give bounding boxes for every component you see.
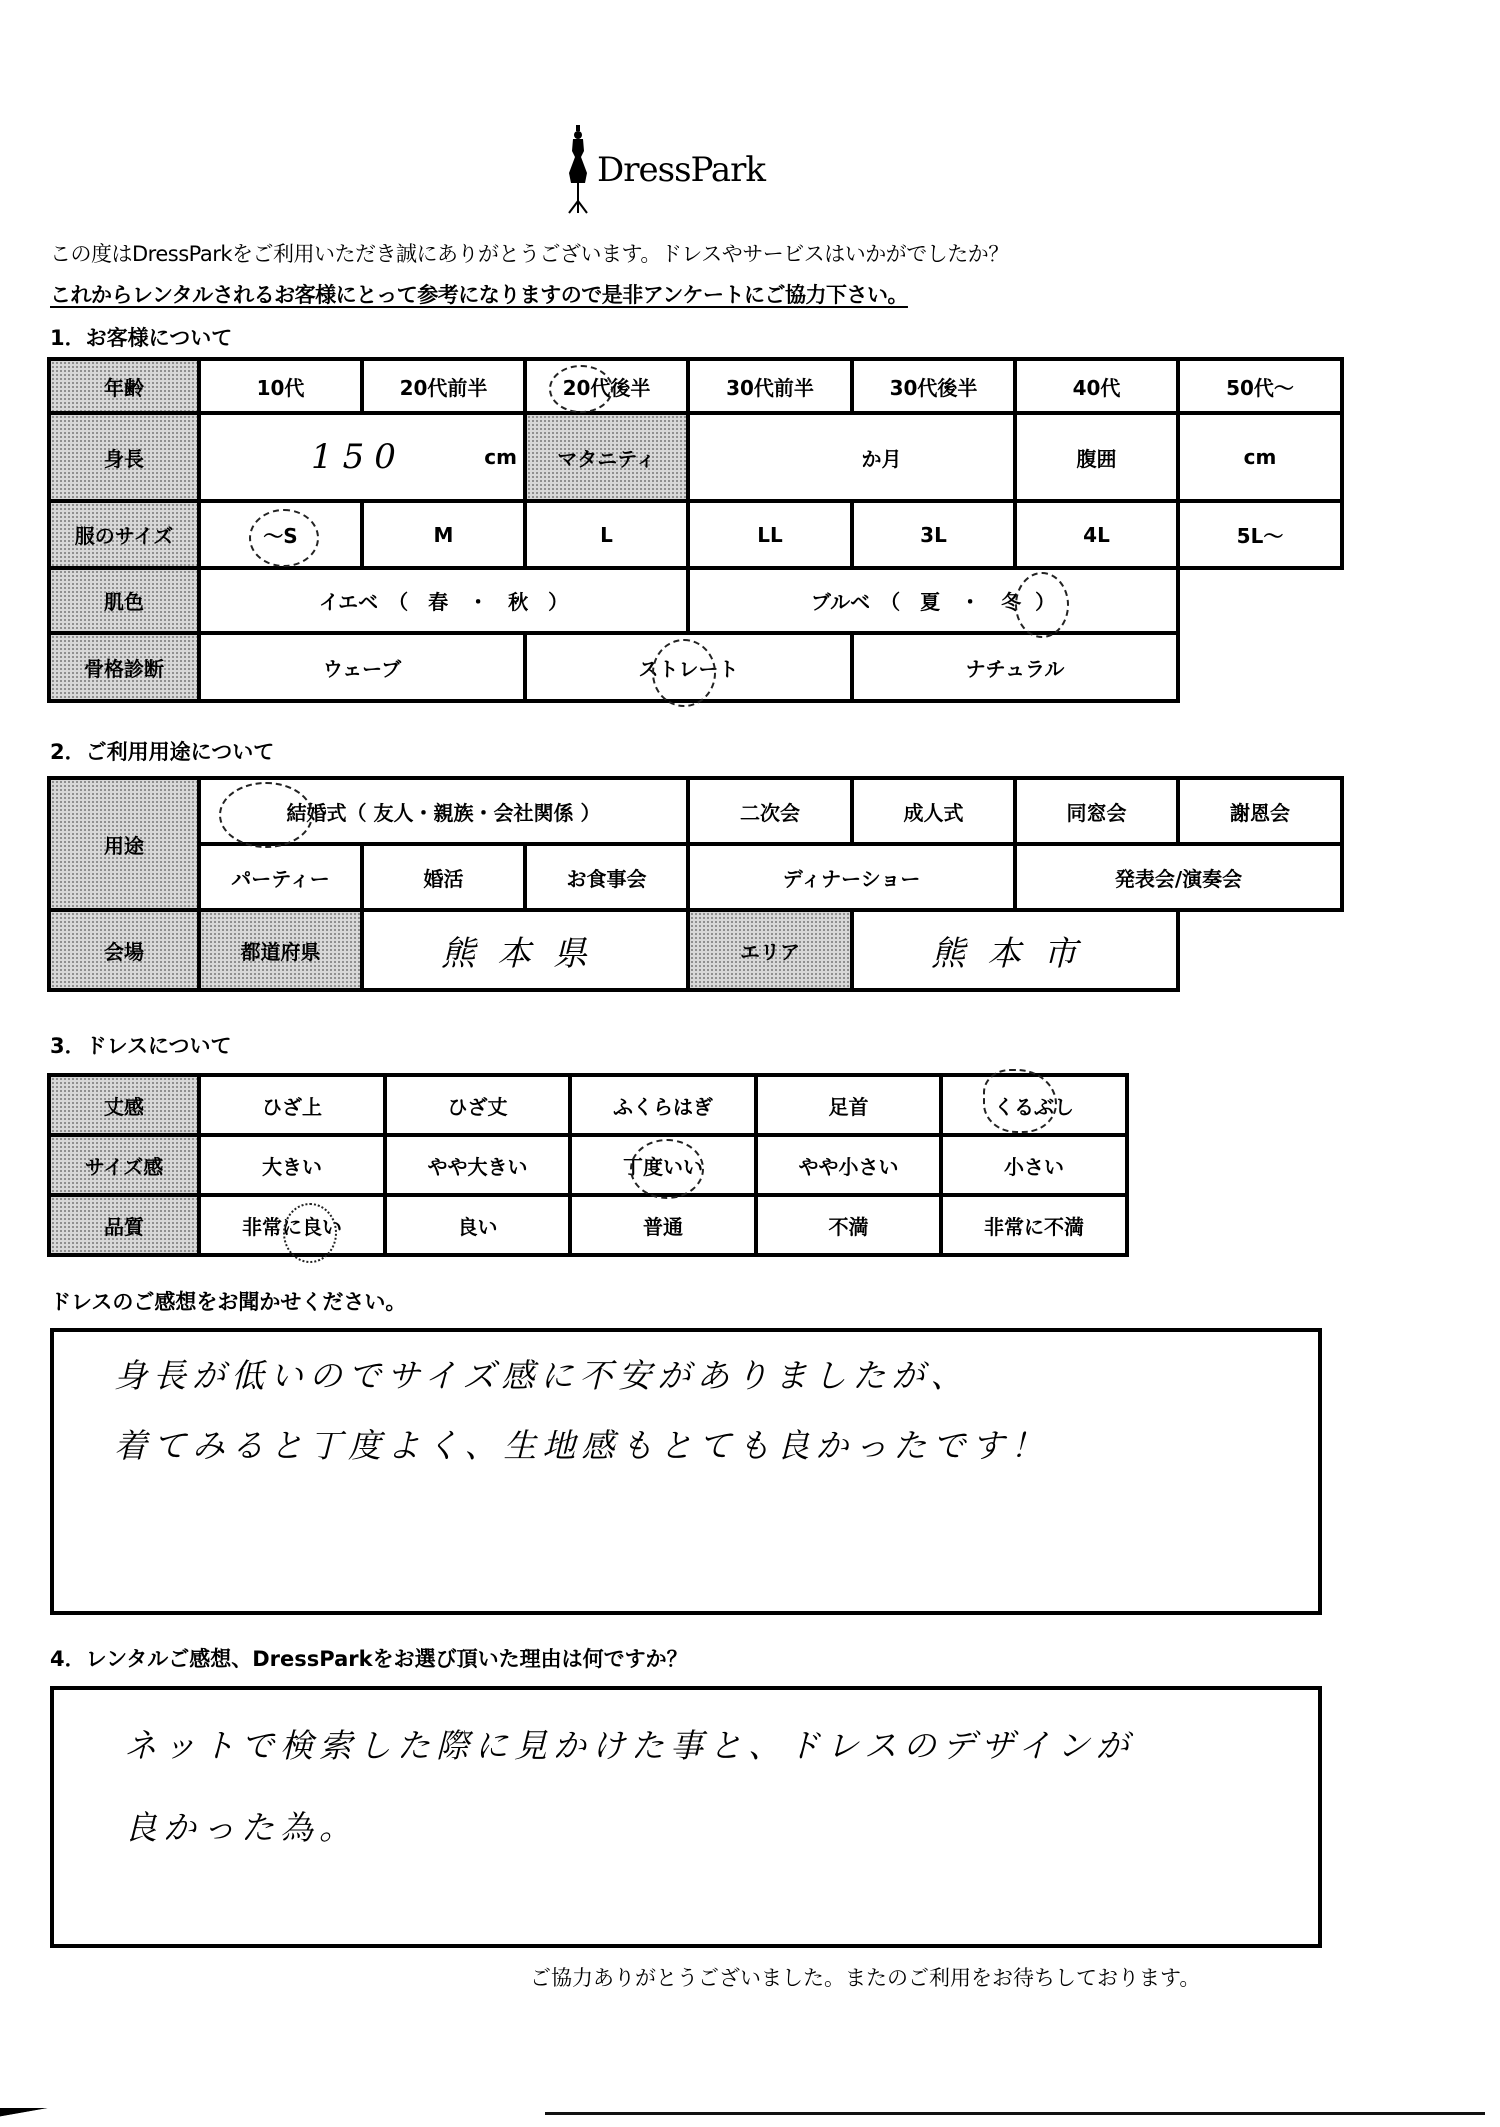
quality-very-poor[interactable]: 非常に不満 <box>941 1195 1127 1255</box>
waist-unit: cm <box>1244 445 1277 469</box>
age-option-early-20s[interactable]: 20代前半 <box>362 359 525 413</box>
waist-label: 腹囲 <box>1015 413 1178 501</box>
fit-small[interactable]: 小さい <box>941 1135 1127 1195</box>
fit-just-right-label: 丁度いい <box>623 1155 703 1179</box>
rental-reason-line-2: 良かった為。 <box>124 1802 358 1849</box>
rental-reason-line-1: ネットで検索した際に見かけた事と、ドレスのデザインが <box>124 1720 1135 1767</box>
fit-label: サイズ感 <box>49 1135 199 1195</box>
purpose-wedding-label: 結婚式（ 友人・親族・会社関係 ） <box>287 801 601 825</box>
purpose-dinner-show[interactable]: ディナーショー <box>688 844 1015 910</box>
yellow-base-option[interactable]: イエベ （ 春 ・ 秋 ） <box>199 568 688 633</box>
area-field[interactable]: 熊本市 <box>852 910 1178 990</box>
purpose-label: 用途 <box>49 778 199 910</box>
fit-large[interactable]: 大きい <box>199 1135 385 1195</box>
thanks-footer: ご協力ありがとうございました。またのご利用をお待ちしております。 <box>530 1962 1200 1992</box>
dress-table: 丈感 ひざ上 ひざ丈 ふくらはぎ 足首 くるぶし サイズ感 大きい やや大きい … <box>47 1073 1129 1257</box>
empty-cell <box>1178 568 1342 633</box>
purpose-reunion[interactable]: 同窓会 <box>1015 778 1178 844</box>
area-label: エリア <box>688 910 852 990</box>
length-knee[interactable]: ひざ丈 <box>385 1075 570 1135</box>
venue-row: 会場 都道府県 熊本県 エリア 熊本市 <box>49 910 1342 990</box>
quality-poor[interactable]: 不満 <box>756 1195 941 1255</box>
blue-base-prefix: ブルベ （ 夏 ・ <box>811 590 980 614</box>
request-text: これからレンタルされるお客様にとって参考になりますので是非アンケートにご協力下さ… <box>50 279 908 309</box>
quality-very-good[interactable]: 非常に良い <box>199 1195 385 1255</box>
section4-title: 4．レンタルご感想、DressParkをお選び頂いた理由は何ですか？ <box>50 1643 688 1673</box>
purpose-wedding[interactable]: 結婚式（ 友人・親族・会社関係 ） <box>199 778 688 844</box>
scan-corner-mark <box>0 2108 60 2118</box>
age-option-40s[interactable]: 40代 <box>1015 359 1178 413</box>
body-type-wave[interactable]: ウェーブ <box>199 633 525 701</box>
purpose-konkatsu[interactable]: 婚活 <box>362 844 525 910</box>
empty-cell <box>1178 633 1342 701</box>
size-label: 服のサイズ <box>49 501 199 568</box>
size-option-l[interactable]: L <box>525 501 688 568</box>
body-type-straight[interactable]: ストレート <box>525 633 852 701</box>
purpose-dinner[interactable]: お食事会 <box>525 844 688 910</box>
maternity-label: マタニティ <box>525 413 688 501</box>
length-label: 丈感 <box>49 1075 199 1135</box>
fit-slightly-small[interactable]: やや小さい <box>756 1135 941 1195</box>
length-row: 丈感 ひざ上 ひざ丈 ふくらはぎ 足首 くるぶし <box>49 1075 1127 1135</box>
purpose-after-party[interactable]: 二次会 <box>688 778 852 844</box>
usage-table: 用途 結婚式（ 友人・親族・会社関係 ） 二次会 成人式 同窓会 謝恩会 パーテ… <box>47 776 1344 992</box>
purpose-coming-of-age[interactable]: 成人式 <box>852 778 1015 844</box>
size-row: 服のサイズ ～S M L LL 3L 4L 5L～ <box>49 501 1342 568</box>
dress-comment-line-1: 身長が低いのでサイズ感に不安がありましたが、 <box>114 1350 969 1397</box>
quality-row: 品質 非常に良い 良い 普通 不満 非常に不満 <box>49 1195 1127 1255</box>
fit-slightly-large[interactable]: やや大きい <box>385 1135 570 1195</box>
body-type-row: 骨格診断 ウェーブ ストレート ナチュラル <box>49 633 1342 701</box>
age-option-late-30s[interactable]: 30代後半 <box>852 359 1015 413</box>
fit-just-right[interactable]: 丁度いい <box>570 1135 756 1195</box>
size-option-3l[interactable]: 3L <box>852 501 1015 568</box>
quality-good[interactable]: 良い <box>385 1195 570 1255</box>
maternity-months-field[interactable]: か月 <box>688 413 1015 501</box>
dress-comment-line-2: 着てみると丁度よく、生地感もとても良かったです！ <box>114 1420 1049 1467</box>
size-option-m[interactable]: M <box>362 501 525 568</box>
age-option-10s[interactable]: 10代 <box>199 359 362 413</box>
area-value: 熊本市 <box>931 934 1099 974</box>
height-row: 身長 150 cm マタニティ か月 腹囲 cm <box>49 413 1342 501</box>
purpose-row-2: パーティー 婚活 お食事会 ディナーショー 発表会/演奏会 <box>49 844 1342 910</box>
height-value: 150 <box>311 437 406 477</box>
skin-label: 肌色 <box>49 568 199 633</box>
body-type-label: 骨格診断 <box>49 633 199 701</box>
size-option-s[interactable]: ～S <box>199 501 362 568</box>
fit-row: サイズ感 大きい やや大きい 丁度いい やや小さい 小さい <box>49 1135 1127 1195</box>
height-label: 身長 <box>49 413 199 501</box>
purpose-recital[interactable]: 発表会/演奏会 <box>1015 844 1342 910</box>
body-type-natural[interactable]: ナチュラル <box>852 633 1178 701</box>
dress-form-icon <box>565 125 591 215</box>
intro-text: この度はDressParkをご利用いただき誠にありがとうございます。ドレスやサー… <box>50 238 1009 268</box>
age-option-late-20s[interactable]: 20代後半 <box>525 359 688 413</box>
dress-comments-box[interactable]: 身長が低いのでサイズ感に不安がありましたが、 着てみると丁度よく、生地感もとても… <box>50 1328 1322 1615</box>
purpose-row-1: 用途 結婚式（ 友人・親族・会社関係 ） 二次会 成人式 同窓会 謝恩会 <box>49 778 1342 844</box>
quality-label: 品質 <box>49 1195 199 1255</box>
body-type-straight-label: ストレート <box>639 657 739 681</box>
height-unit: cm <box>484 445 517 469</box>
venue-label: 会場 <box>49 910 199 990</box>
size-option-s-label: ～S <box>263 524 297 548</box>
size-option-4l[interactable]: 4L <box>1015 501 1178 568</box>
age-option-late-20s-label: 20代後半 <box>563 376 651 400</box>
maternity-unit: か月 <box>862 447 902 471</box>
length-malleolus[interactable]: くるぶし <box>941 1075 1127 1135</box>
age-label: 年齢 <box>49 359 199 413</box>
logo-text: DressPark <box>597 150 765 190</box>
section1-title: 1．お客様について <box>50 322 232 352</box>
length-ankle[interactable]: 足首 <box>756 1075 941 1135</box>
rental-reason-box[interactable]: ネットで検索した際に見かけた事と、ドレスのデザインが 良かった為。 <box>50 1686 1322 1948</box>
age-option-50s-plus[interactable]: 50代～ <box>1178 359 1342 413</box>
dress-comments-title: ドレスのご感想をお聞かせください。 <box>50 1286 406 1316</box>
bottom-rule <box>545 2112 1485 2115</box>
size-option-ll[interactable]: LL <box>688 501 852 568</box>
empty-cell <box>1178 910 1342 990</box>
blue-base-winter: 冬 <box>1001 590 1021 614</box>
age-option-early-30s[interactable]: 30代前半 <box>688 359 852 413</box>
prefecture-field[interactable]: 熊本県 <box>362 910 688 990</box>
customer-info-table: 年齢 10代 20代前半 20代後半 30代前半 30代後半 40代 50代～ … <box>47 357 1344 703</box>
length-above-knee[interactable]: ひざ上 <box>199 1075 385 1135</box>
length-calf[interactable]: ふくらはぎ <box>570 1075 756 1135</box>
size-option-5l-plus[interactable]: 5L～ <box>1178 501 1342 568</box>
height-field[interactable]: 150 cm <box>199 413 525 501</box>
section2-title: 2．ご利用用途について <box>50 736 274 766</box>
quality-average[interactable]: 普通 <box>570 1195 756 1255</box>
waist-field[interactable]: cm <box>1178 413 1342 501</box>
quality-very-good-label: 非常に良い <box>242 1215 342 1239</box>
purpose-party[interactable]: パーティー <box>199 844 362 910</box>
prefecture-label: 都道府県 <box>199 910 362 990</box>
length-malleolus-label: くるぶし <box>994 1095 1074 1119</box>
blue-base-option[interactable]: ブルベ （ 夏 ・ 冬） <box>688 568 1178 633</box>
skin-row: 肌色 イエベ （ 春 ・ 秋 ） ブルベ （ 夏 ・ 冬） <box>49 568 1342 633</box>
age-row: 年齢 10代 20代前半 20代後半 30代前半 30代後半 40代 50代～ <box>49 359 1342 413</box>
dresspark-logo: DressPark <box>565 125 765 215</box>
blue-base-suffix: ） <box>1035 590 1055 614</box>
prefecture-value: 熊本県 <box>441 934 609 974</box>
section3-title: 3．ドレスについて <box>50 1030 232 1060</box>
purpose-thanks-party[interactable]: 謝恩会 <box>1178 778 1342 844</box>
